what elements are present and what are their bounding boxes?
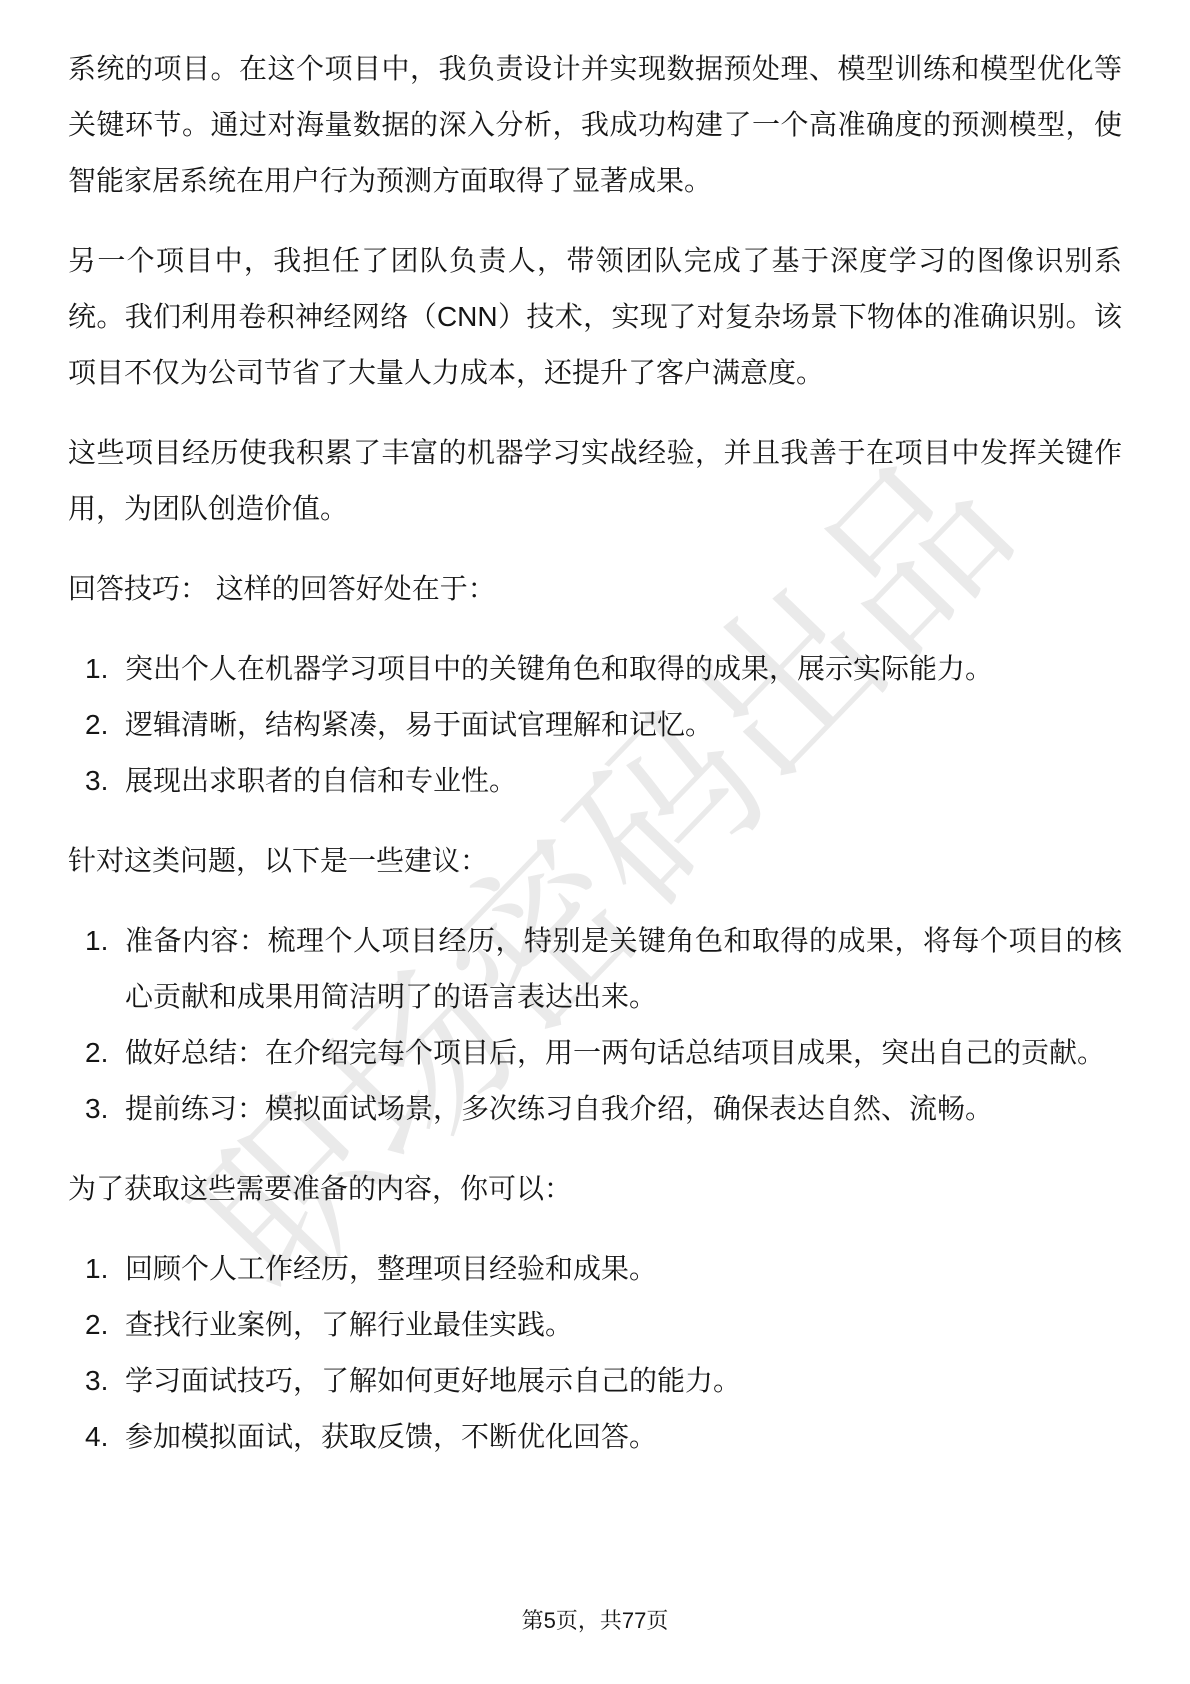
document-page: 职场密码出品 系统的项目。在这个项目中，我负责设计并实现数据预处理、模型训练和模… (0, 0, 1190, 1684)
ordered-list-suggestions: 1. 准备内容：梳理个人项目经历，特别是关键角色和取得的成果，将每个项目的核心贡… (68, 913, 1122, 1137)
list-item: 1. 回顾个人工作经历，整理项目经验和成果。 (85, 1241, 1122, 1297)
list-item-text: 逻辑清晰，结构紧凑，易于面试官理解和记忆。 (125, 697, 1122, 753)
list-item-number: 1. (85, 913, 125, 1025)
list-item-number: 1. (85, 1241, 125, 1297)
paragraph: 另一个项目中，我担任了团队负责人，带领团队完成了基于深度学习的图像识别系统。我们… (68, 233, 1122, 401)
list-item-number: 2. (85, 1297, 125, 1353)
list-item-text: 回顾个人工作经历，整理项目经验和成果。 (125, 1241, 1122, 1297)
list-item-text: 学习面试技巧，了解如何更好地展示自己的能力。 (125, 1353, 1122, 1409)
ordered-list-actions: 1. 回顾个人工作经历，整理项目经验和成果。 2. 查找行业案例，了解行业最佳实… (68, 1241, 1122, 1465)
paragraph: 回答技巧： 这样的回答好处在于： (68, 561, 1122, 617)
list-item: 4. 参加模拟面试，获取反馈，不断优化回答。 (85, 1409, 1122, 1465)
page-content: 系统的项目。在这个项目中，我负责设计并实现数据预处理、模型训练和模型优化等关键环… (68, 41, 1122, 1465)
ordered-list-benefits: 1. 突出个人在机器学习项目中的关键角色和取得的成果，展示实际能力。 2. 逻辑… (68, 641, 1122, 809)
paragraph: 为了获取这些需要准备的内容，你可以： (68, 1161, 1122, 1217)
page-footer: 第5页，共77页 (0, 1606, 1190, 1636)
list-item: 1. 突出个人在机器学习项目中的关键角色和取得的成果，展示实际能力。 (85, 641, 1122, 697)
list-item-number: 3. (85, 753, 125, 809)
list-item-number: 2. (85, 1025, 125, 1081)
paragraph: 针对这类问题，以下是一些建议： (68, 833, 1122, 889)
paragraph: 系统的项目。在这个项目中，我负责设计并实现数据预处理、模型训练和模型优化等关键环… (68, 41, 1122, 209)
list-item-number: 3. (85, 1081, 125, 1137)
list-item-number: 1. (85, 641, 125, 697)
list-item-text: 提前练习：模拟面试场景，多次练习自我介绍，确保表达自然、流畅。 (125, 1081, 1122, 1137)
list-item: 3. 展现出求职者的自信和专业性。 (85, 753, 1122, 809)
list-item-text: 准备内容：梳理个人项目经历，特别是关键角色和取得的成果，将每个项目的核心贡献和成… (125, 913, 1122, 1025)
list-item: 1. 准备内容：梳理个人项目经历，特别是关键角色和取得的成果，将每个项目的核心贡… (85, 913, 1122, 1025)
list-item: 2. 逻辑清晰，结构紧凑，易于面试官理解和记忆。 (85, 697, 1122, 753)
list-item-text: 做好总结：在介绍完每个项目后，用一两句话总结项目成果，突出自己的贡献。 (125, 1025, 1122, 1081)
list-item: 2. 做好总结：在介绍完每个项目后，用一两句话总结项目成果，突出自己的贡献。 (85, 1025, 1122, 1081)
list-item-number: 4. (85, 1409, 125, 1465)
list-item-number: 3. (85, 1353, 125, 1409)
list-item-text: 突出个人在机器学习项目中的关键角色和取得的成果，展示实际能力。 (125, 641, 1122, 697)
list-item-text: 参加模拟面试，获取反馈，不断优化回答。 (125, 1409, 1122, 1465)
list-item-text: 查找行业案例，了解行业最佳实践。 (125, 1297, 1122, 1353)
list-item-number: 2. (85, 697, 125, 753)
list-item-text: 展现出求职者的自信和专业性。 (125, 753, 1122, 809)
list-item: 2. 查找行业案例，了解行业最佳实践。 (85, 1297, 1122, 1353)
list-item: 3. 提前练习：模拟面试场景，多次练习自我介绍，确保表达自然、流畅。 (85, 1081, 1122, 1137)
list-item: 3. 学习面试技巧，了解如何更好地展示自己的能力。 (85, 1353, 1122, 1409)
paragraph: 这些项目经历使我积累了丰富的机器学习实战经验，并且我善于在项目中发挥关键作用，为… (68, 425, 1122, 537)
